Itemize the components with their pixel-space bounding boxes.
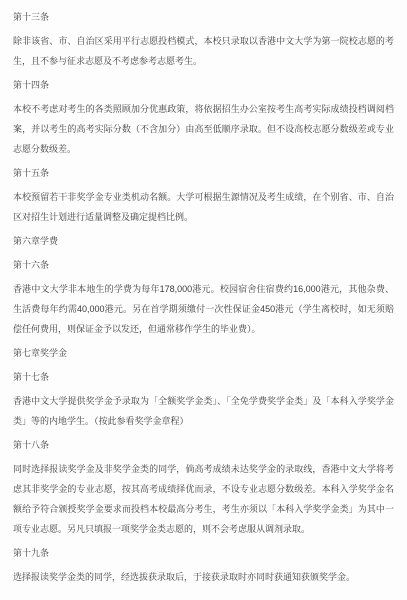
section-heading-chapter-6-tuition: 第六章学费 (13, 231, 394, 251)
document-page: 第十三条 除非该省、市、自治区采用平行志愿投档模式，本校只录取以香港中文大学为第… (0, 0, 407, 600)
paragraph-article-18: 同时选择报读奖学金及非奖学金类的同学，倘高考成绩未达奖学金的录取线，香港中文大学… (13, 459, 394, 539)
section-heading-article-16: 第十六条 (13, 255, 394, 275)
section-heading-article-17: 第十七条 (13, 367, 394, 387)
section-heading-chapter-7-scholarship: 第七章奖学金 (13, 343, 394, 363)
paragraph-article-13: 除非该省、市、自治区采用平行志愿投档模式，本校只录取以香港中文大学为第一院校志愿… (13, 31, 394, 71)
section-heading-article-18: 第十八条 (13, 435, 394, 455)
section-heading-article-19: 第十九条 (13, 543, 394, 563)
paragraph-article-17: 香港中文大学提供奖学金予录取为「全额奖学金类」、「全免学费奖学金类」及「本科入学… (13, 391, 394, 431)
section-heading-article-13: 第十三条 (13, 7, 394, 27)
paragraph-article-15: 本校预留若干非奖学金专业类机动名额。大学可根据生源情况及考生成绩，在个别省、市、… (13, 187, 394, 227)
paragraph-article-16: 香港中文大学非本地生的学费为每年178,000港元。校园宿舍住宿费约16,000… (13, 279, 394, 339)
paragraph-article-19: 选择报读奖学金类的同学，经选拔获录取后，于接获录取时亦同时获通知获颁奖学金。 (13, 567, 394, 587)
section-heading-article-15: 第十五条 (13, 163, 394, 183)
section-heading-article-14: 第十四条 (13, 75, 394, 95)
paragraph-article-14: 本校不考虑对考生的各类照顾加分优惠政策，将依据招生办公室按考生高考实际成绩投档调… (13, 99, 394, 159)
